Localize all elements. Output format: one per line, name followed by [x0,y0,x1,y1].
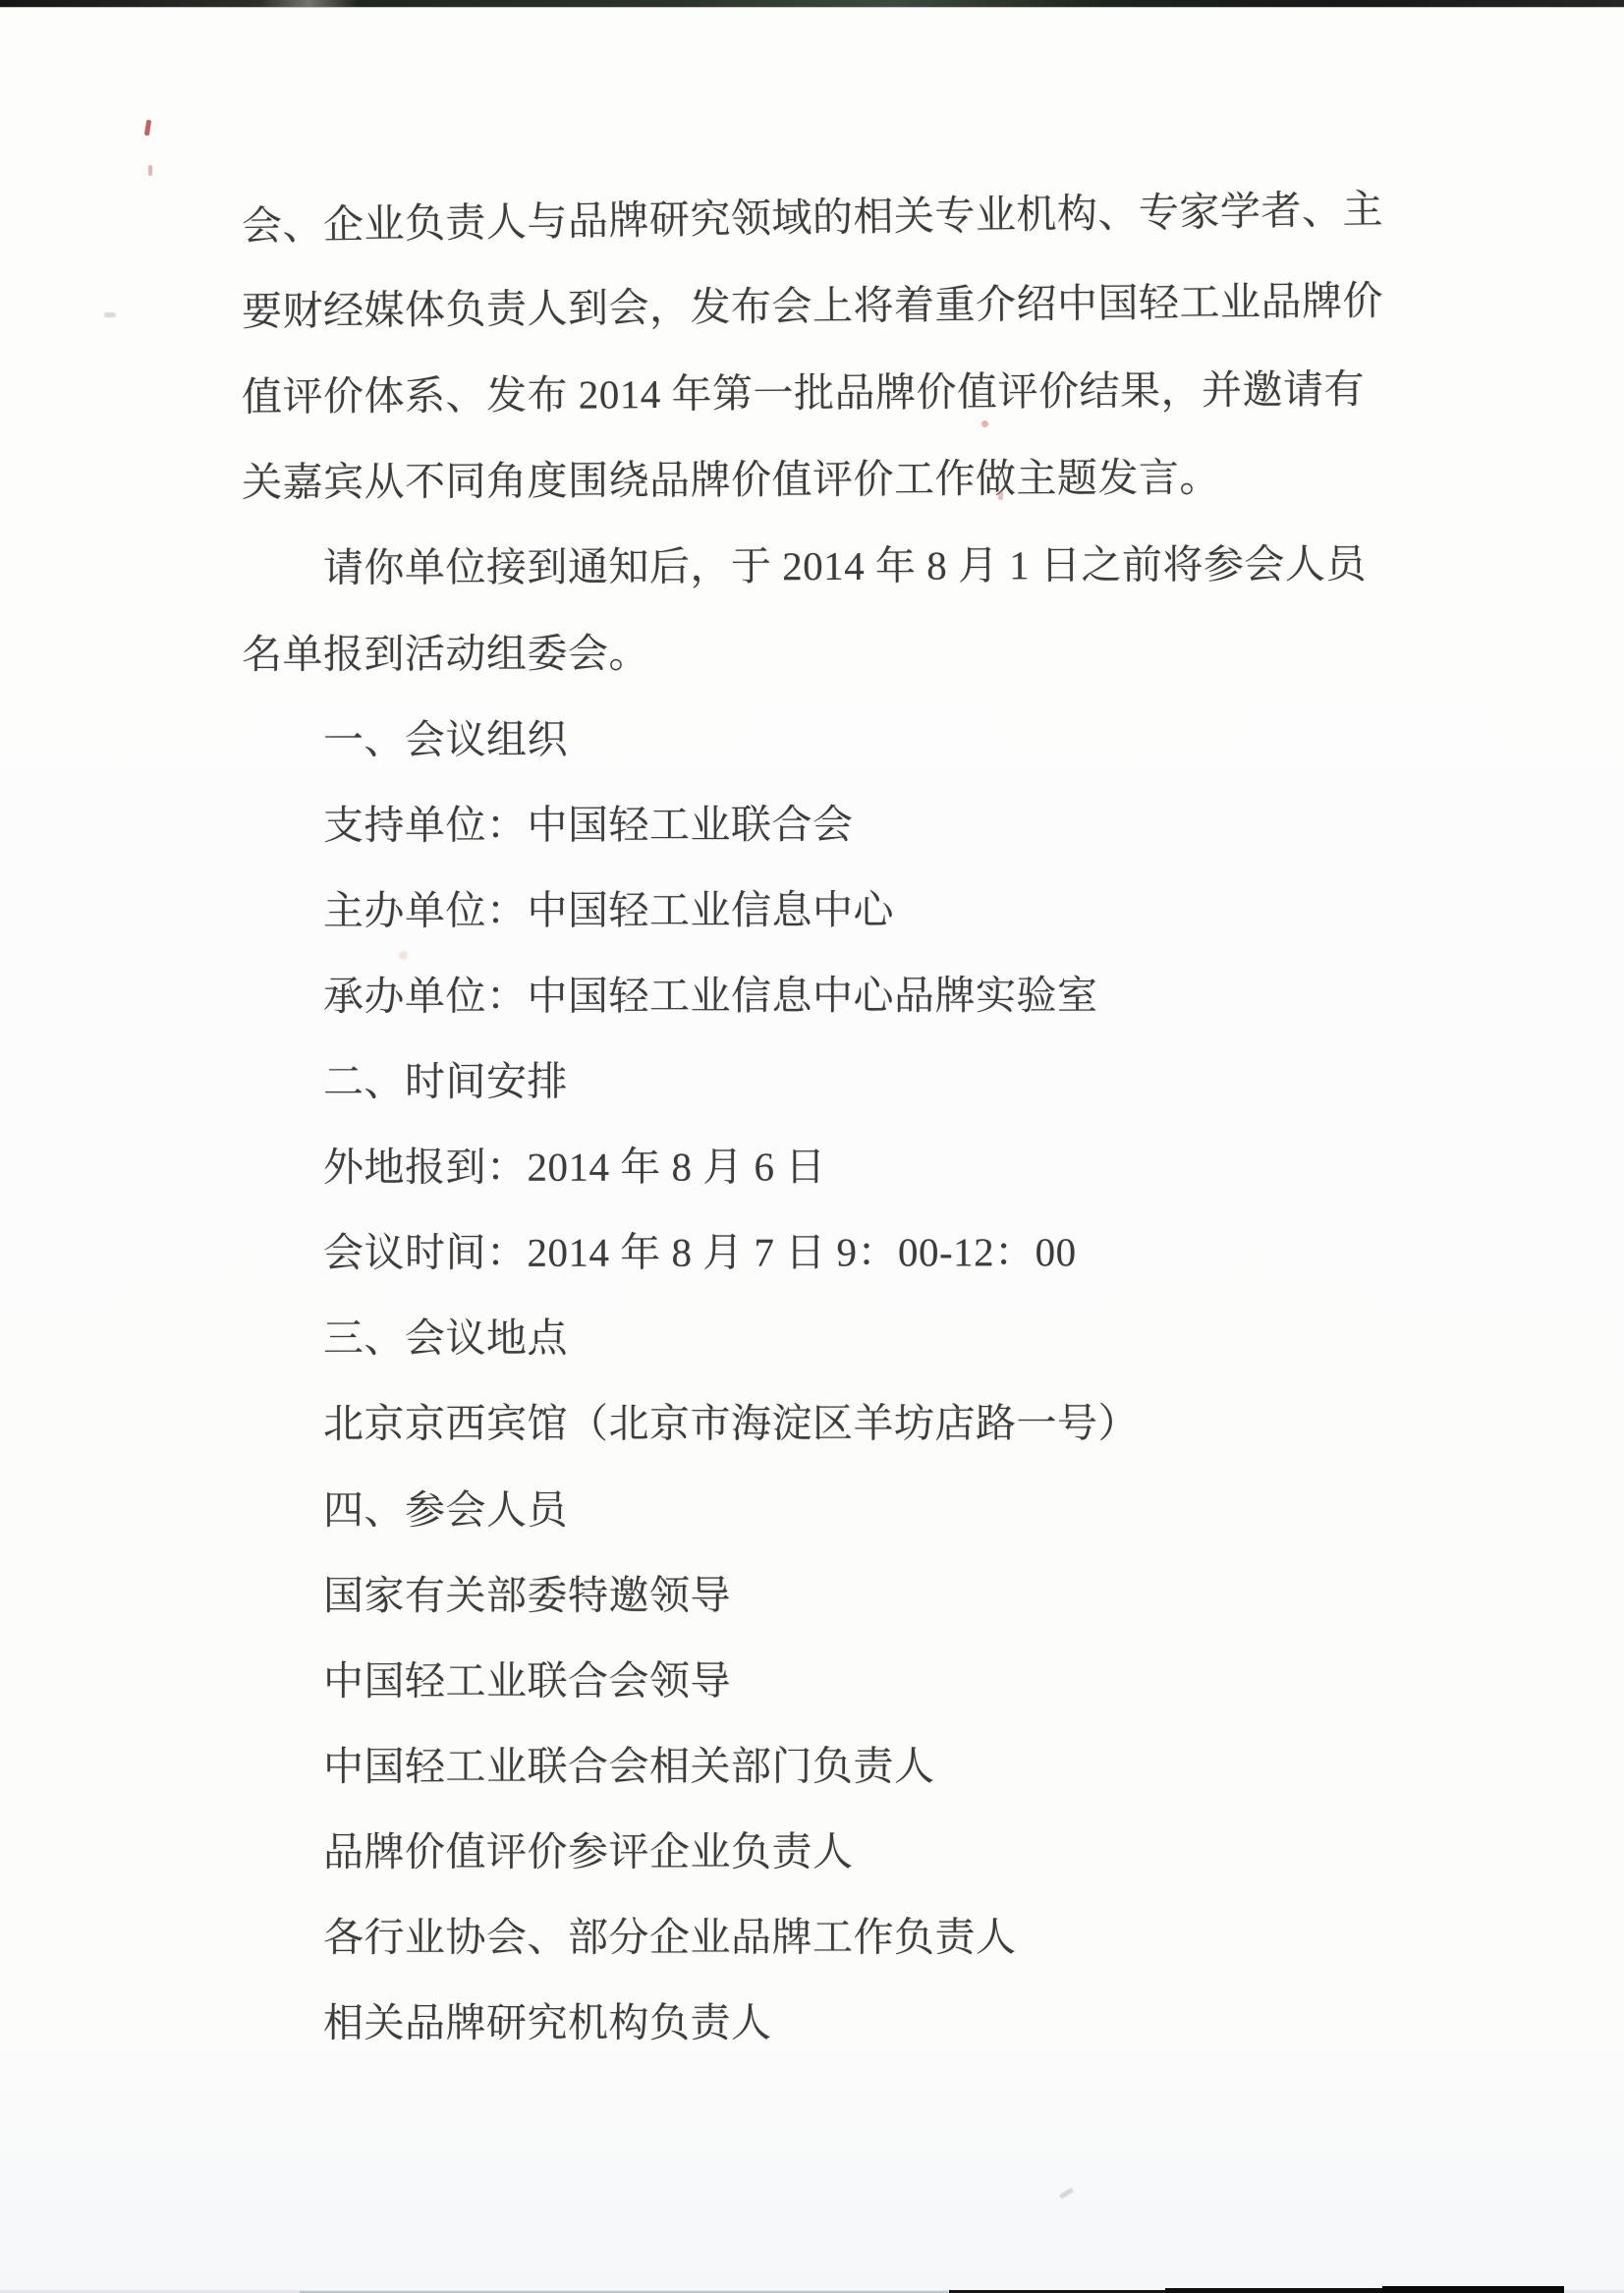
text-line: 各行业协会、部分企业品牌工作负责人 [323,1914,1017,1961]
text-line: 会、企业负责人与品牌研究领域的相关专业机构、专家学者、主 [242,186,1384,250]
text-line: 名单报到活动组委会。 [242,629,649,677]
text-line: 二、时间安排 [323,1058,568,1105]
text-line: 要财经媒体负责人到会，发布会上将着重介绍中国轻工业品牌价 [242,277,1383,335]
scan-edge-bottom-segment [1382,2286,1564,2293]
scan-edge-bottom-segment [1165,2288,1382,2293]
text-line: 品牌价值评价参评企业负责人 [323,1828,854,1875]
text-line: 一、会议组织 [323,715,568,763]
text-line: 外地报到：2014 年 8 月 6 日 [323,1144,826,1192]
text-line: 中国轻工业联合会领导 [323,1656,731,1704]
text-line: 主办单位：中国轻工业信息中心 [323,886,894,934]
text-line: 关嘉宾从不同角度围绕品牌价值评价工作做主题发言。 [242,454,1220,506]
text-line: 会议时间：2014 年 8 月 7 日 9：00-12：00 [323,1229,1077,1277]
text-line: 承办单位：中国轻工业信息中心品牌实验室 [323,972,1098,1020]
text-line: 国家有关部委特邀领导 [323,1571,731,1618]
text-line: 三、会议地点 [323,1314,568,1362]
text-line: 相关品牌研究机构负责人 [323,1999,772,2046]
text-line: 北京京西宾馆（北京市海淀区羊坊店路一号） [323,1400,1139,1448]
text-line: 值评价体系、发布 2014 年第一批品牌价值评价结果，并邀请有 [242,365,1365,420]
text-line: 支持单位：中国轻工业联合会 [323,801,854,849]
text-line: 请你单位接到通知后，于 2014 年 8 月 1 日之前将参会人员 [323,540,1367,591]
scan-edge-bottom [0,2285,1624,2293]
document-text: 会、企业负责人与品牌研究领域的相关专业机构、专家学者、主要财经媒体负责人到会，发… [0,0,1624,2293]
document-page: 会、企业负责人与品牌研究领域的相关专业机构、专家学者、主要财经媒体负责人到会，发… [0,0,1624,2293]
text-line: 四、参会人员 [323,1485,568,1533]
text-line: 中国轻工业联合会相关部门负责人 [323,1742,935,1789]
